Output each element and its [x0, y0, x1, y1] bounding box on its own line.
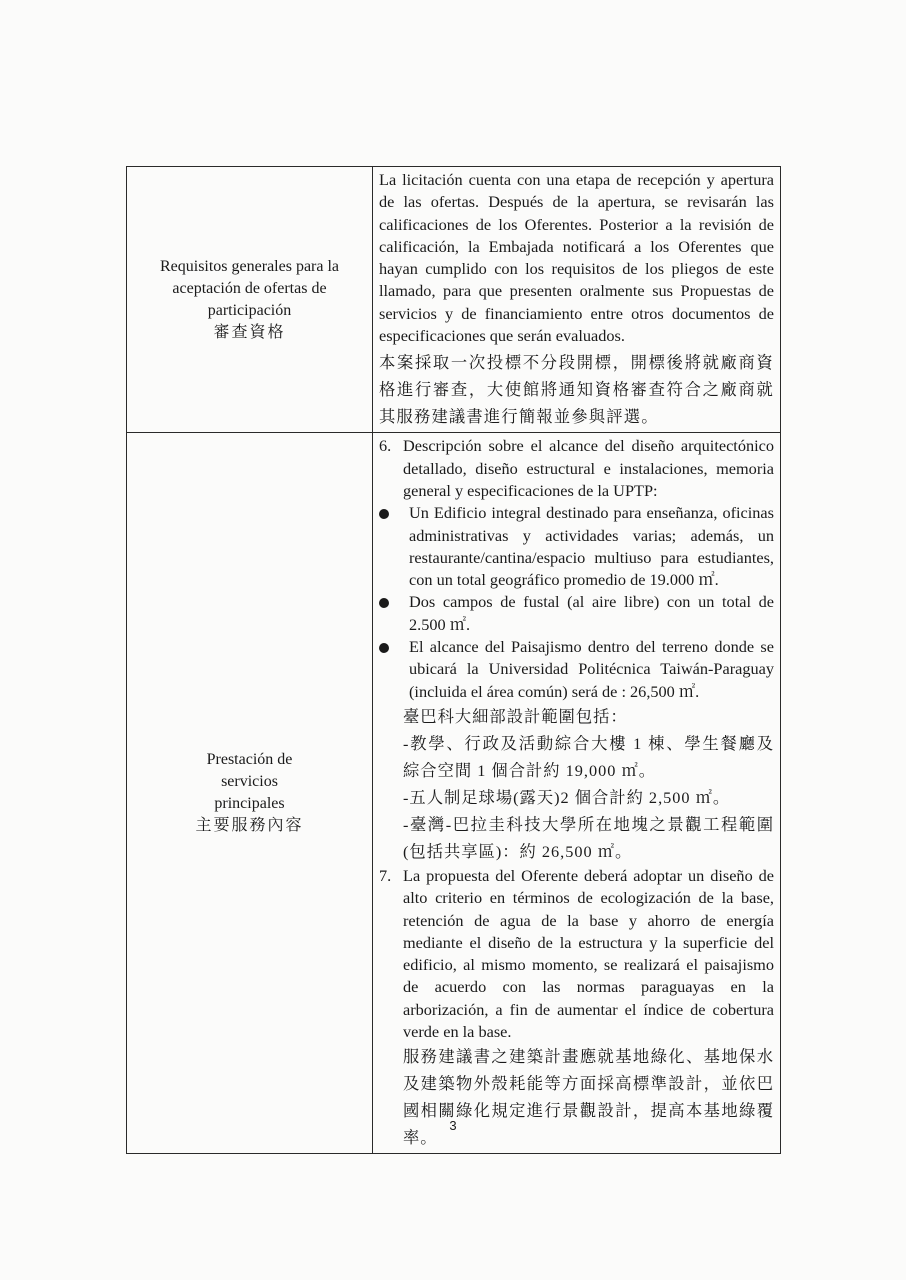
- bullet-item: Un Edificio integral destinado para ense…: [379, 502, 774, 591]
- label-es: Prestación de servicios principales: [127, 749, 372, 815]
- label-es: Requisitos generales para la aceptación …: [127, 256, 372, 322]
- list-item-7: 7. La propuesta del Oferente deberá adop…: [379, 865, 774, 1043]
- list-item-6: 6. Descripción sobre el alcance del dise…: [379, 435, 774, 502]
- zh-heading: 臺巴科大細部設計範圍包括：: [379, 703, 774, 730]
- bullet-text: Un Edificio integral destinado para ense…: [409, 503, 774, 589]
- label-cell-services: Prestación de servicios principales 主要服務…: [127, 433, 373, 1154]
- zh-line: -教學、行政及活動綜合大樓 1 棟、學生餐廳及綜合空間 1 個合計約 19,00…: [379, 730, 774, 784]
- zh-line: -五人制足球場(露天)2 個合計約 2,500 ㎡。: [379, 784, 774, 811]
- zh-line: -臺灣-巴拉圭科技大學所在地塊之景觀工程範圍(包括共享區)：約 26,500 ㎡…: [379, 811, 774, 865]
- paragraph-zh: 本案採取一次投標不分段開標，開標後將就廠商資格進行審查，大使館將通知資格審查符合…: [379, 349, 774, 430]
- bullet-icon: [379, 509, 389, 519]
- requirements-table: Requisitos generales para la aceptación …: [126, 166, 781, 1154]
- table-row-qualification: Requisitos generales para la aceptación …: [127, 167, 781, 433]
- zh-text: 服務建議書之建築計畫應就基地綠化、基地保水及建築物外殼耗能等方面採高標準設計，並…: [379, 1043, 774, 1151]
- label-zh: 主要服務內容: [127, 815, 372, 837]
- page-number: 3: [0, 1118, 906, 1133]
- bullet-text: Dos campos de fustal (al aire libre) con…: [409, 592, 774, 633]
- item-text: La propuesta del Oferente deberá adoptar…: [403, 866, 774, 1041]
- content-cell-qualification: La licitación cuenta con una etapa de re…: [373, 167, 781, 433]
- item-number: 6.: [379, 435, 391, 457]
- bullet-icon: [379, 598, 389, 608]
- label-cell-qualification: Requisitos generales para la aceptación …: [127, 167, 373, 433]
- paragraph-es: La licitación cuenta con una etapa de re…: [379, 169, 774, 347]
- table-row-services: Prestación de servicios principales 主要服務…: [127, 433, 781, 1154]
- bullet-item: El alcance del Paisajismo dentro del ter…: [379, 636, 774, 703]
- label-zh: 審查資格: [127, 322, 372, 344]
- bullet-text: El alcance del Paisajismo dentro del ter…: [409, 637, 774, 701]
- bullet-icon: [379, 643, 389, 653]
- bullet-item: Dos campos de fustal (al aire libre) con…: [379, 591, 774, 636]
- item-number: 7.: [379, 865, 391, 887]
- item-text: Descripción sobre el alcance del diseño …: [403, 436, 774, 500]
- content-cell-services: 6. Descripción sobre el alcance del dise…: [373, 433, 781, 1154]
